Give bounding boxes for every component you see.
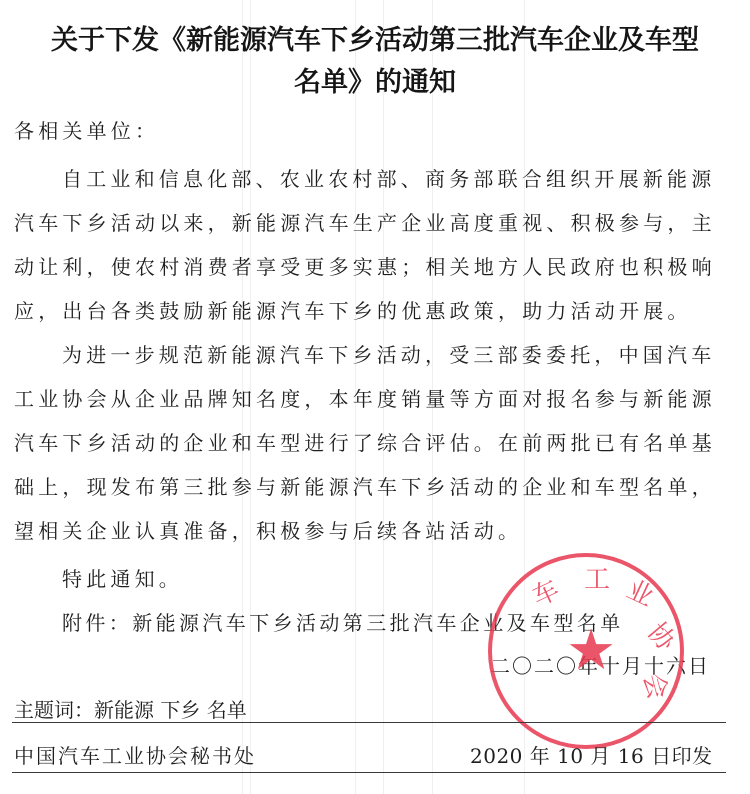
document-title-line-2: 名单》的通知: [0, 60, 750, 99]
star-icon: ★: [566, 623, 616, 679]
document-title-line-1: 关于下发《新能源汽车下乡活动第三批汽车企业及车型: [0, 18, 750, 57]
seal-char: 车: [525, 569, 564, 614]
seal-char: 业: [621, 569, 660, 614]
official-seal: 车 工 业 协 会 ★: [488, 553, 684, 749]
salutation: 各相关单位：: [14, 115, 159, 144]
issuer: 中国汽车工业协会秘书处: [14, 740, 256, 769]
print-date: 2020 年 10 月 16 日印发: [470, 740, 713, 769]
paragraph-2-line-5: 望相关企业认真准备，积极参与后续各站活动。: [14, 515, 522, 544]
paragraph-1-line-4: 应，出台各类鼓励新能源汽车下乡的优惠政策，助力活动开展。: [14, 295, 692, 324]
seal-char: 协: [640, 614, 685, 658]
divider: [12, 722, 726, 723]
paragraph-1-line-3: 动让利，使农村消费者享受更多实惠；相关地方人民政府也积极响: [14, 251, 716, 280]
seal-char: 会: [636, 668, 678, 703]
paragraph-2-line-1: 为进一步规范新能源汽车下乡活动，受三部委委托，中国汽车: [62, 339, 715, 368]
closing: 特此通知。: [62, 563, 183, 592]
paragraph-2-line-2: 工业协会从企业品牌知名度，本年度销量等方面对报名参与新能源: [14, 383, 716, 412]
paragraph-1-line-2: 汽车下乡活动以来，新能源汽车生产企业高度重视、积极参与，主: [14, 207, 716, 236]
keywords: 主题词：新能源 下乡 名单: [14, 694, 247, 723]
paragraph-2-line-3: 汽车下乡活动的企业和车型进行了综合评估。在前两批已有名单基: [14, 427, 716, 456]
paragraph-1-line-1: 自工业和信息化部、农业农村部、商务部联合组织开展新能源: [62, 163, 715, 192]
divider: [12, 772, 726, 773]
seal-char: 工: [584, 559, 610, 596]
paragraph-2-line-4: 础上，现发布第三批参与新能源汽车下乡活动的企业和车型名单，: [14, 471, 716, 500]
